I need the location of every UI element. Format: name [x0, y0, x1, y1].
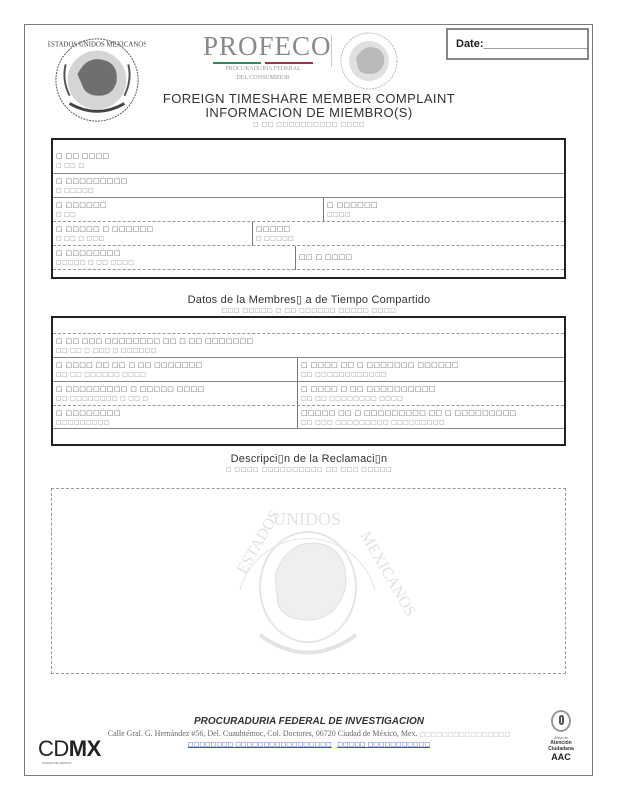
field-label: □ □□□□□ □ □□□□□□ [56, 225, 153, 233]
aac-logo: Área de Atención Ciudadana AAC [546, 710, 576, 762]
field-hint: □ □□□□□ [56, 187, 94, 194]
member-info-table: □ □□ □□□□ □ □□ □ □ □□□□□□□□□ □ □□□□□ □ □… [51, 138, 566, 279]
field-label: □ □□□□□□ [56, 201, 107, 209]
field-hint: □□ □□ □ □□□ □ □□□□□□ [56, 347, 157, 354]
field-label: □□ □ □□□□ [299, 253, 352, 261]
footer-address-tail: □□□□□□□□□□□□□□□□ [420, 731, 511, 738]
footer-link-1[interactable]: □□□□□□□□ □□□□□□□□□□□□□□□□□ [188, 741, 332, 748]
profeco-subtitle-1: PROCURADURÍA FEDERAL [203, 66, 323, 73]
field-hint: □□ □□□□□□□□□□□□ [301, 371, 387, 378]
membership-field-4a[interactable]: □ □□□□□□□□ □□□□□□□□□ [53, 406, 297, 429]
footer-org-name: PROCURADURIA FEDERAL DE INVESTIGACION [0, 716, 618, 727]
field-label: □ □□□□□□□□□ [56, 177, 128, 185]
svg-text:ESTADOS UNIDOS MEXICANOS: ESTADOS UNIDOS MEXICANOS [48, 42, 146, 49]
field-label: □□□□□ □□ □ □□□□□□□□□ □□ □ □□□□□□□□□ [301, 409, 517, 417]
logo-divider [331, 35, 332, 67]
field-hint: □□ □□ □□□□□□ □□□□ [56, 371, 146, 378]
membership-table: □ □□ □□□ □□□□□□□□ □□ □ □□ □□□□□□□ □□ □□ … [51, 316, 566, 446]
footer-link-2[interactable]: □□□□□ □□□□□□□□□□□ [337, 741, 430, 748]
field-hint: □ □□ □ [56, 162, 84, 169]
membership-field-2a[interactable]: □ □□□□ □□ □□ □ □□ □□□□□□□ □□ □□ □□□□□□ □… [53, 358, 297, 382]
field-hint: □ □□□□□ [256, 235, 294, 242]
field-hint: □ □□ □ □□□ [56, 235, 104, 242]
member-field-3b[interactable]: □ □□□□□□ □□□□ [323, 198, 564, 222]
member-field-4a[interactable]: □ □□□□□ □ □□□□□□ □ □□ □ □□□ [53, 222, 252, 246]
profeco-wordmark: PROFECO [203, 32, 323, 60]
field-label: □ □□□□□□□□ [56, 409, 121, 417]
description-section-title: Descripci▯n de la Reclamaci▯n [0, 452, 618, 465]
profeco-logo: PROFECO PROCURADURÍA FEDERAL DEL CONSUMI… [203, 32, 323, 82]
membership-section-title: Datos de la Membres▯ a de Tiempo Compart… [0, 293, 618, 306]
member-row-3: □ □□□□□□ □ □□ □ □□□□□□ □□□□ [53, 197, 564, 222]
field-label: □ □□□□ □ □□ □□□□□□□□□□ [301, 385, 436, 393]
svg-text:UNIDOS: UNIDOS [273, 509, 341, 529]
field-hint: □□□□ [327, 211, 351, 218]
member-row-4: □ □□□□□ □ □□□□□□ □ □□ □ □□□ □□□□□ □ □□□□… [53, 221, 564, 246]
membership-row-spacer-bottom [53, 428, 564, 445]
field-label: □□□□□ [256, 225, 291, 233]
field-label: □ □□□□□□ [327, 201, 378, 209]
membership-row-2: □ □□□□ □□ □□ □ □□ □□□□□□□ □□ □□ □□□□□□ □… [53, 357, 564, 382]
form-subtitle: INFORMACION DE MIEMBRO(S) [0, 105, 618, 120]
field-label: □ □□ □□□□ [56, 152, 109, 160]
svg-text:ESTADOS: ESTADOS [234, 507, 284, 577]
field-hint: □ □□ [56, 211, 76, 218]
description-section-caption: □ □□□□ □□□□□□□□□□ □□ □□□ □□□□□ [0, 466, 618, 473]
field-hint: □□ □□□□□□□□ □ □□ □ [56, 395, 148, 402]
field-hint: □□□□□□□□□ [56, 419, 110, 426]
membership-field-3b[interactable]: □ □□□□ □ □□ □□□□□□□□□□ □□ □□ □□□□□□□□ □□… [297, 382, 564, 406]
cdmx-logo-caption: CIUDAD DE MÉXICO [42, 761, 71, 765]
membership-row-spacer [53, 318, 564, 333]
member-row-2[interactable]: □ □□□□□□□□□ □ □□□□□ [53, 173, 564, 198]
footer-address-text: Calle Gral. G. Hernández #56, Del. Cuauh… [108, 729, 418, 738]
faded-coat-of-arms-icon [338, 28, 400, 94]
field-label: □ □□□□□□□□ [56, 249, 121, 257]
field-hint: □□ □□□ □□□□□□□□□ □□□□□□□□□ [301, 419, 445, 426]
membership-section-caption: □□□ □□□□□ □ □□ □□□□□□ □□□□□ □□□□ [0, 307, 618, 314]
profeco-subtitle-2: DEL CONSUMIDOR [203, 75, 323, 82]
member-row-spacer [53, 269, 564, 280]
membership-field-4b[interactable]: □□□□□ □□ □ □□□□□□□□□ □□ □ □□□□□□□□□ □□ □… [297, 406, 564, 429]
svg-text:MEXICANOS: MEXICANOS [357, 529, 415, 620]
date-field[interactable]: Date:_________________ [446, 28, 589, 60]
coat-of-arms-watermark-icon: UNIDOS ESTADOS MEXICANOS [200, 495, 415, 670]
cdmx-logo: CDMX [38, 738, 101, 760]
membership-row-3: □ □□□□□□□□□ □ □□□□□ □□□□ □□ □□□□□□□□ □ □… [53, 381, 564, 406]
membership-row-1[interactable]: □ □□ □□□ □□□□□□□□ □□ □ □□ □□□□□□□ □□ □□ … [53, 333, 564, 358]
form-title: FOREIGN TIMESHARE MEMBER COMPLAINT [0, 91, 618, 106]
form-title-caption: □ □□ □□□□□□□□□□ □□□□ [0, 121, 618, 128]
membership-field-2b[interactable]: □ □□□□ □□ □ □□□□□□□ □□□□□□ □□ □□□□□□□□□□… [297, 358, 564, 382]
member-row-1[interactable]: □ □□ □□□□ □ □□ □ [53, 140, 564, 173]
field-hint: □□ □□ □□□□□□□□ □□□□ [301, 395, 403, 402]
field-label: □ □□□□ □□ □□ □ □□ □□□□□□□ [56, 361, 203, 369]
profeco-color-bars [203, 62, 323, 64]
member-field-3a[interactable]: □ □□□□□□ □ □□ [53, 198, 323, 222]
membership-row-4: □ □□□□□□□□ □□□□□□□□□ □□□□□ □□ □ □□□□□□□□… [53, 405, 564, 429]
field-label: □ □□□□□□□□□ □ □□□□□ □□□□ [56, 385, 204, 393]
member-row-5: □ □□□□□□□□ □□□□□ □ □□ □□□□ □□ □ □□□□ [53, 245, 564, 270]
member-field-4b[interactable]: □□□□□ □ □□□□□ [252, 222, 564, 246]
field-label: □ □□ □□□ □□□□□□□□ □□ □ □□ □□□□□□□ [56, 337, 253, 345]
member-field-5a[interactable]: □ □□□□□□□□ □□□□□ □ □□ □□□□ [53, 246, 295, 270]
member-field-5b[interactable]: □□ □ □□□□ [295, 246, 564, 270]
membership-field-3a[interactable]: □ □□□□□□□□□ □ □□□□□ □□□□ □□ □□□□□□□□ □ □… [53, 382, 297, 406]
field-label: □ □□□□ □□ □ □□□□□□□ □□□□□□ [301, 361, 459, 369]
field-hint: □□□□□ □ □□ □□□□ [56, 259, 134, 266]
aac-seal-icon [551, 710, 571, 732]
